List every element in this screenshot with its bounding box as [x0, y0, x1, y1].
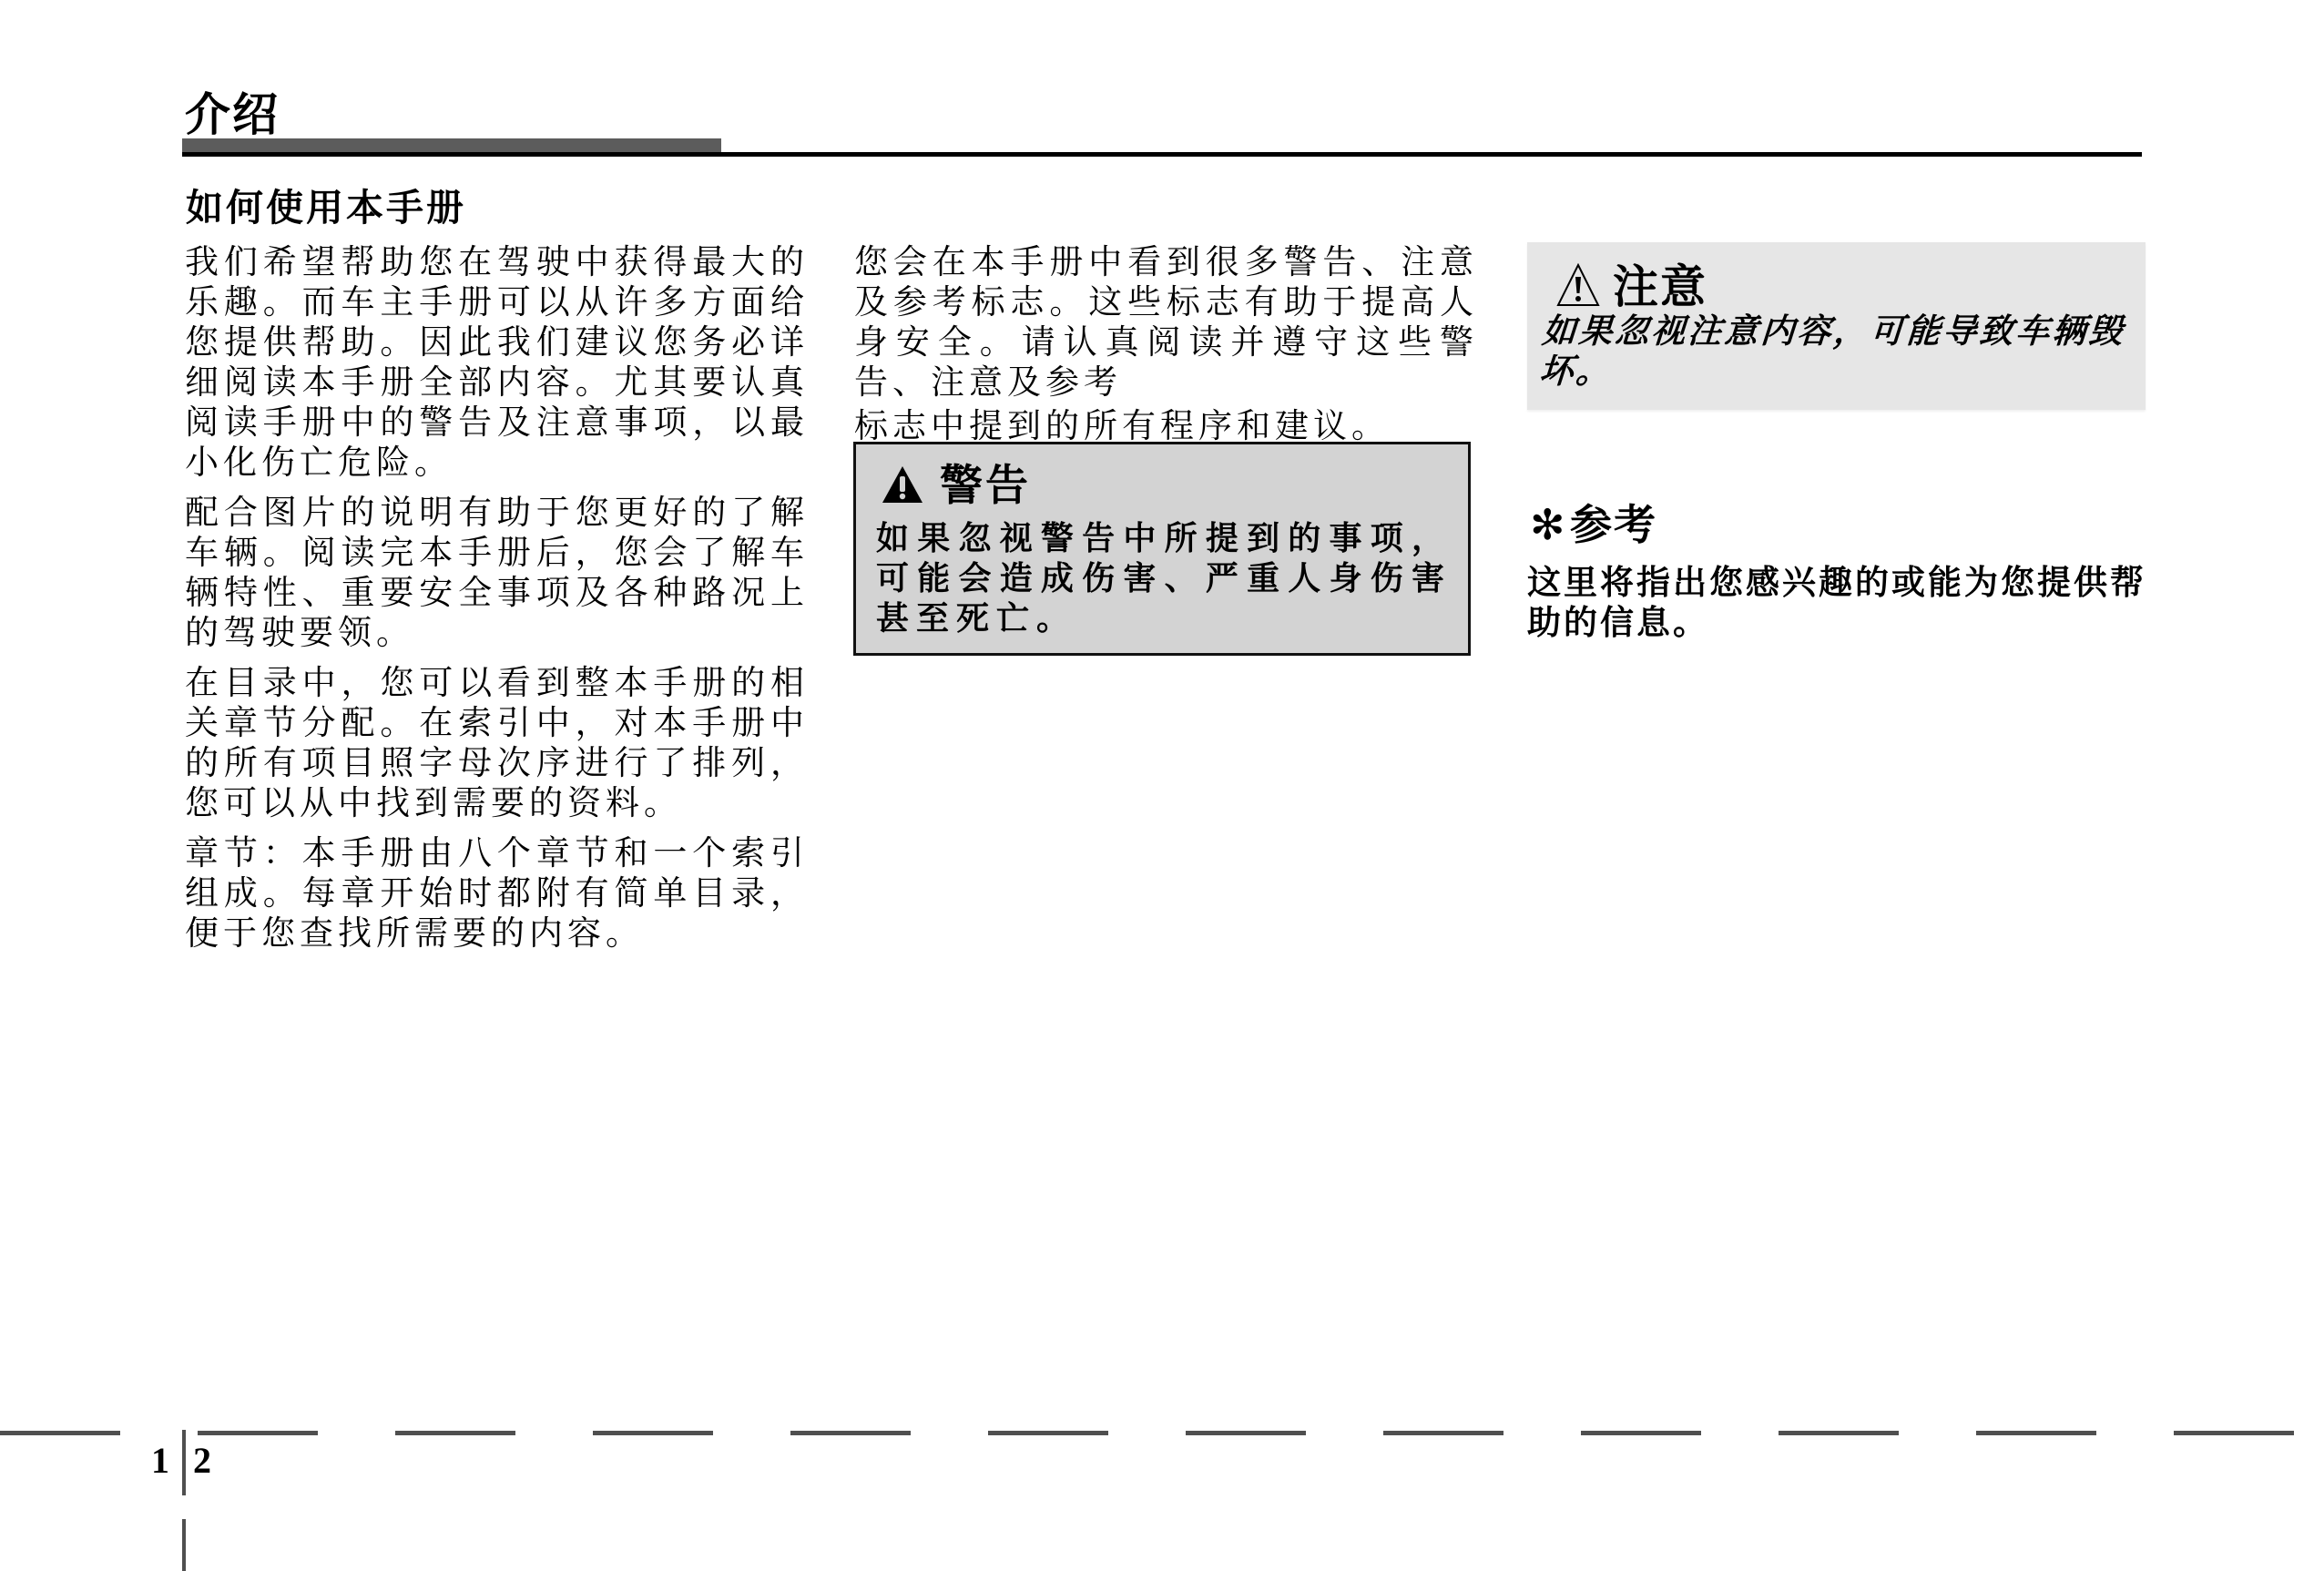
intro-paragraph: 您会在本手册中看到很多警告、注意及参考标志。这些标志有助于提高人身安全。请认真阅…	[854, 242, 1478, 446]
paragraph: 配合图片的说明有助于您更好的了解车辆。阅读完本手册后，您会了解车辆特性、重要安全…	[185, 493, 809, 653]
reference-title: 参考	[1570, 499, 1657, 550]
caution-header: 注意	[1556, 260, 1707, 313]
reference-header: ✻ 参考	[1530, 499, 1657, 550]
page-edge-line	[182, 1519, 186, 1571]
page-number-divider	[182, 1430, 186, 1495]
caution-outline-triangle-icon	[1556, 263, 1600, 311]
chapter-title: 介绍	[185, 87, 280, 142]
chapter-number: 1	[151, 1441, 169, 1481]
warning-filled-triangle-icon	[882, 465, 923, 507]
column-2: 您会在本手册中看到很多警告、注意及参考标志。这些标志有助于提高人身安全。请认真阅…	[854, 242, 1478, 446]
page-number: 2	[193, 1441, 211, 1481]
reference-text: 这里将指出您感兴趣的或能为您提供帮助的信息。	[1527, 563, 2146, 643]
warning-header: 警告	[882, 461, 1031, 512]
caution-title: 注意	[1613, 260, 1707, 313]
paragraph: 在目录中，您可以看到整本手册的相关章节分配。在索引中，对本手册中的所有项目照字母…	[185, 663, 809, 823]
warning-text: 如果忽视警告中所提到的事项，可能会造成伤害、严重人身伤害甚至死亡。	[876, 519, 1452, 639]
column-1: 我们希望帮助您在驾驶中获得最大的乐趣。而车主手册可以从许多方面给您提供帮助。因此…	[185, 242, 809, 964]
intro-text: 您会在本手册中看到很多警告、注意及参考标志。这些标志有助于提高人身安全。请认真阅…	[854, 242, 1478, 402]
caution-box: 注意 如果忽视注意内容，可能导致车辆毁坏。	[1527, 242, 2146, 410]
paragraph: 章节：本手册由八个章节和一个索引组成。每章开始时都附有简单目录，便于您查找所需要…	[185, 833, 809, 954]
intro-text-last-line: 标志中提到的所有程序和建议。	[854, 406, 1478, 446]
caution-text: 如果忽视注意内容，可能导致车辆毁坏。	[1538, 311, 2135, 392]
footer-dashed-rule	[0, 1431, 2324, 1435]
warning-box: 警告 如果忽视警告中所提到的事项，可能会造成伤害、严重人身伤害甚至死亡。	[853, 442, 1471, 656]
paragraph: 我们希望帮助您在驾驶中获得最大的乐趣。而车主手册可以从许多方面给您提供帮助。因此…	[185, 242, 809, 483]
section-title: 如何使用本手册	[186, 182, 466, 233]
warning-title: 警告	[940, 461, 1031, 512]
asterisk-icon: ✻	[1530, 499, 1566, 550]
header-rule	[182, 152, 2142, 157]
